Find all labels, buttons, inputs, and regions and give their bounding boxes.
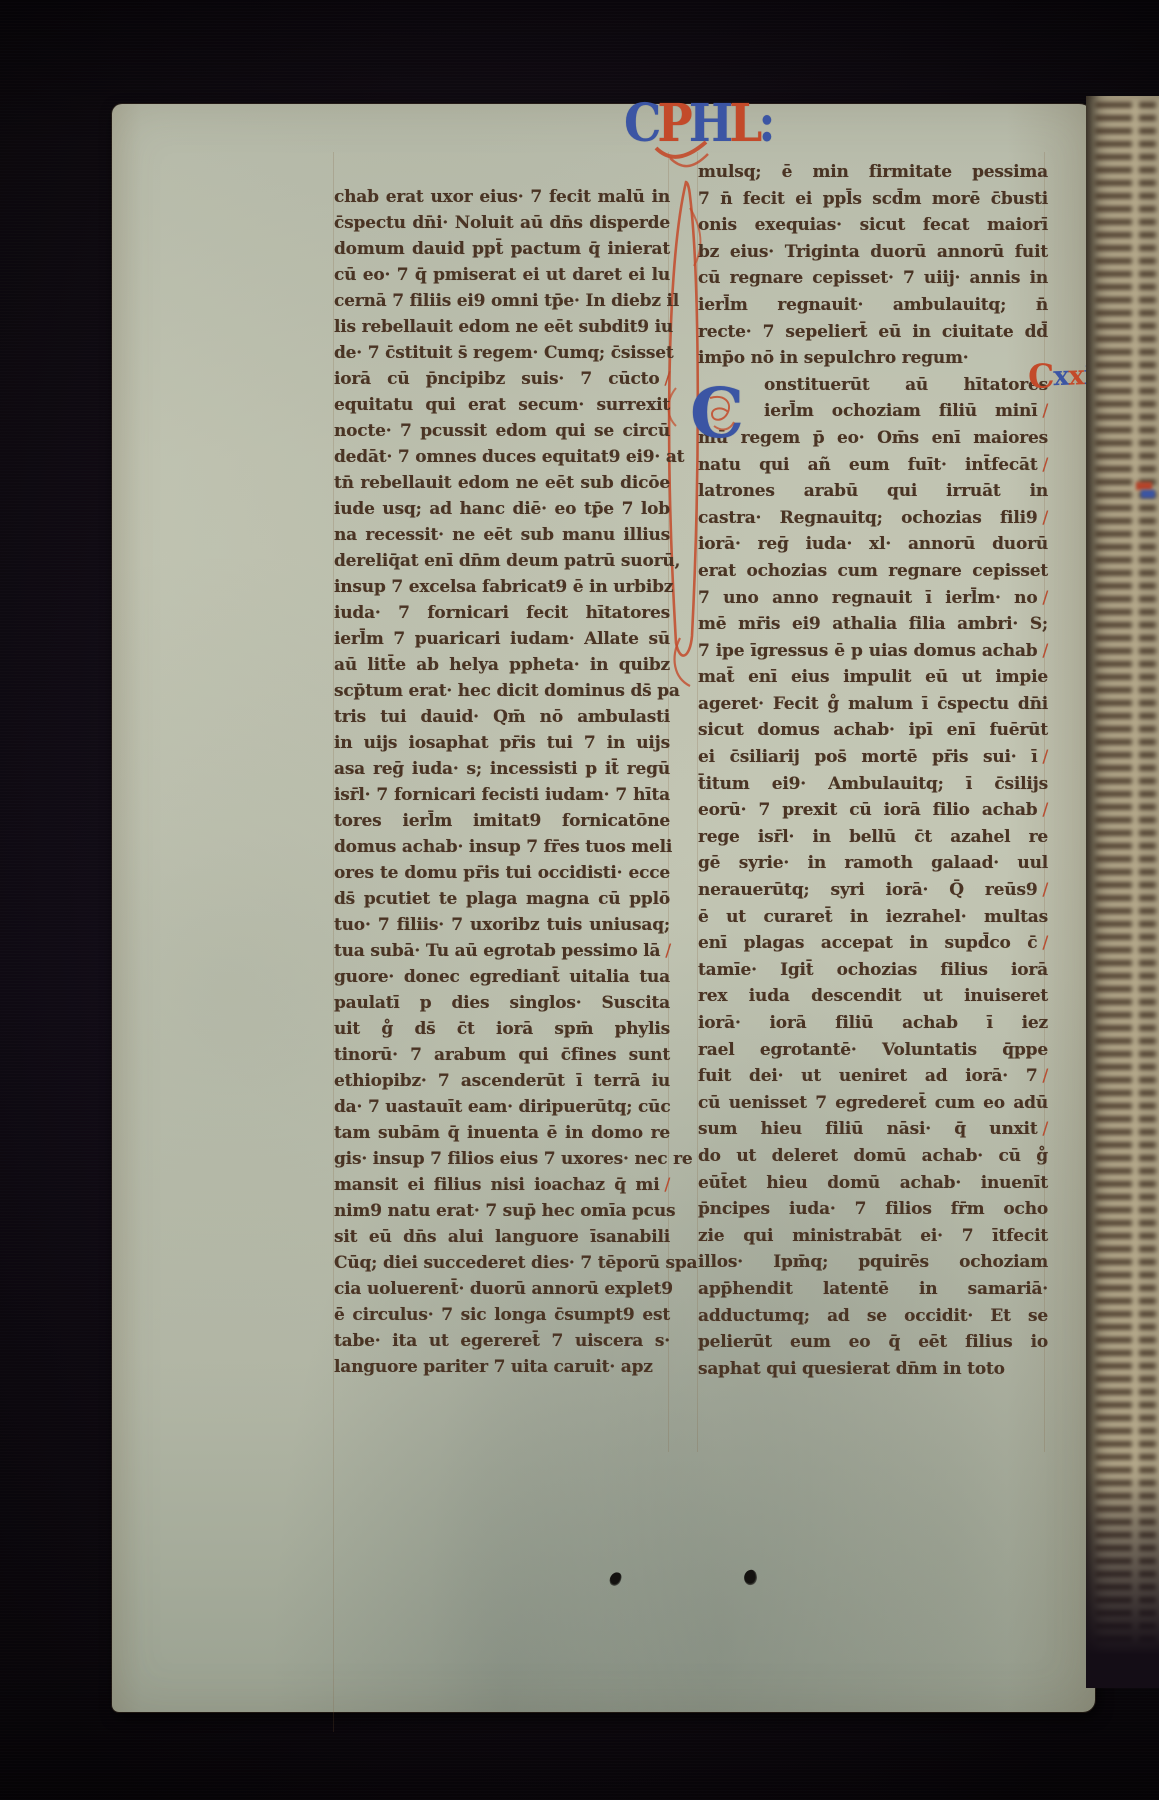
- text-line: sit eū dn̄s alui languore īsanabili: [334, 1224, 670, 1250]
- text-line: gis· insup 7 filios eius 7 uxores· nec r…: [334, 1146, 670, 1172]
- text-line: tamīe· Igit̄ ochozias filius iorā: [698, 957, 1048, 984]
- text-line: recte· 7 sepeliert̄ eū in ciuitate dd̄: [698, 319, 1048, 346]
- text-line: iorā cū p̄ncipibz suis· 7 cūcto: [334, 366, 670, 392]
- text-column-left: chab erat uxor eius· 7 fecit malū inc̄sp…: [334, 184, 670, 1380]
- text-line: nocte· 7 pcussit edom qui se circū: [334, 418, 670, 444]
- text-line: lis rebellauit edom ne eēt subdit9 iu: [334, 314, 670, 340]
- text-line: domus achab· insup 7 fr̄es tuos meli: [334, 834, 670, 860]
- text-line: ethiopibz· 7 ascenderūt ī terrā iu: [334, 1068, 670, 1094]
- text-line: in uijs iosaphat pr̄is tui 7 in uijs: [334, 730, 670, 756]
- text-line: rael egrotantē· Voluntatis q̄ppe: [698, 1037, 1048, 1064]
- text-line: nim9 natu erat· 7 sup̄ hec omīa pcus: [334, 1198, 670, 1224]
- text-line: 7 uno anno regnauit ī ierl̄m· no: [698, 585, 1048, 612]
- text-line: natu qui añ eum fuīt· int̄fecāt: [698, 452, 1048, 479]
- text-line: tam subām q̄ inuenta ē in domo re: [334, 1120, 670, 1146]
- chapter-number-letter: x: [1068, 360, 1084, 392]
- text-line: erat ochozias cum regnare cepisset: [698, 558, 1048, 585]
- text-line: pelierūt eum eo q̄ eēt filius io: [698, 1329, 1048, 1356]
- text-line: nerauerūtq; syri iorā· Q̄ reūs9: [698, 877, 1048, 904]
- text-line: cū regnare cepisset· 7 uiij· annis in: [698, 265, 1048, 292]
- text-line: c̄spectu dn̄i· Noluit aū dn̄s disperde: [334, 210, 670, 236]
- text-line: guore· donec egrediant̄ uitalia tua: [334, 964, 670, 990]
- text-line: tabe· ita ut egereret̄ 7 uiscera s·: [334, 1328, 670, 1354]
- text-line: tn̄ rebellauit edom ne eēt sub dicōe: [334, 470, 670, 496]
- ink-spot: [743, 1569, 759, 1586]
- text-line: scp̄tum erat· hec dicit dominus ds̄ pa: [334, 678, 670, 704]
- text-line: sicut domus achab· ipī enī fuērūt: [698, 717, 1048, 744]
- text-line: uit g̊ ds̄ c̄t iorā spm̄ phylis: [334, 1016, 670, 1042]
- text-line: t̄itum ei9· Ambulauitq; ī c̄silijs: [698, 771, 1048, 798]
- text-line: enī plagas accepat in supd̄co c̄: [698, 930, 1048, 957]
- text-line: ierl̄m 7 puaricari iudam· Allate sū: [334, 626, 670, 652]
- chapter-number-letter: x: [1053, 361, 1069, 393]
- text-line: ores te domu pr̄is tui occidisti· ecce: [334, 860, 670, 886]
- text-line: languore pariter 7 uita caruit· apz: [334, 1354, 670, 1380]
- text-line: ē circulus· 7 sic longa c̄sumpt9 est: [334, 1302, 670, 1328]
- photograph-background: CPHL: chab erat uxor eius· 7 fecit malū …: [0, 0, 1159, 1800]
- text-line: paulatī p dies singlos· Suscita: [334, 990, 670, 1016]
- text-line: cia uoluerent̄· duorū annorū explet9: [334, 1276, 670, 1302]
- text-line: iorā· reḡ iuda· xl· annorū duorū: [698, 531, 1048, 558]
- text-line: ds̄ pcutiet te plaga magna cū pplō: [334, 886, 670, 912]
- facing-page-text-blur: [1139, 102, 1156, 1648]
- text-line: da· 7 uastauīt eam· diripuerūtq; cūc: [334, 1094, 670, 1120]
- ink-spot: [608, 1571, 623, 1588]
- text-line: domum dauid ppt̄ pactum q̄ inierat: [334, 236, 670, 262]
- text-line: mat̄ enī eius impulit eū ut impie: [698, 664, 1048, 691]
- text-line: tua subā· Tu aū egrotab pessimo lā: [334, 938, 670, 964]
- facing-page-text-blur: [1095, 102, 1132, 1648]
- text-line: latrones arabū qui irruāt in: [698, 478, 1048, 505]
- text-line: app̄hendit latentē in samariā·: [698, 1276, 1048, 1303]
- text-line: de· 7 c̄stituit s̄ regem· Cumq; c̄sisset: [334, 340, 670, 366]
- text-line: adductumq; ad se occidit· Et se: [698, 1303, 1048, 1330]
- text-line: saphat qui quesierat dn̄m in toto: [698, 1356, 1048, 1383]
- running-title-letter: :: [758, 93, 771, 155]
- text-line: gē syrie· in ramoth galaad· uul: [698, 850, 1048, 877]
- text-line: ei c̄siliarij pos̄ mortē pr̄is sui· ī: [698, 744, 1048, 771]
- illuminated-initial: C: [690, 382, 756, 452]
- text-line: rex iuda descendit ut inuiseret: [698, 983, 1048, 1010]
- text-line: ē ut curaret̄ in iezrahel· multas: [698, 904, 1048, 931]
- text-line: tris tui dauid· Qm̄ nō ambulasti: [334, 704, 670, 730]
- chapter-number: Cxxi: [1027, 353, 1093, 394]
- text-line: mulsq; ē min firmitate pessima: [698, 159, 1048, 186]
- text-line: dereliq̄at enī dn̄m deum patrū suorū,: [334, 548, 670, 574]
- text-line: asa reḡ iuda· s; incessisti p it̄ regū: [334, 756, 670, 782]
- text-line: mansit ei filius nisi ioachaz q̄ mi: [334, 1172, 670, 1198]
- text-line: na recessit· ne eēt sub manu illius: [334, 522, 670, 548]
- text-line: tuo· 7 filiis· 7 uxoribz tuis uniusaq;: [334, 912, 670, 938]
- chapter-number-letter: C: [1027, 356, 1054, 396]
- text-line: mē mr̄is ei9 athalia filia ambri· S;: [698, 611, 1048, 638]
- text-line: cernā 7 filiis ei9 omni tp̄e· In diebz i…: [334, 288, 670, 314]
- facing-page-rubric-mark: [1136, 482, 1152, 490]
- text-line: iude usq; ad hanc diē· eo tp̄e 7 lob: [334, 496, 670, 522]
- text-line: iuda· 7 fornicari fecit hītatores: [334, 600, 670, 626]
- text-line: imp̄o nō in sepulchro regum·: [698, 345, 1048, 372]
- text-line: eūt̄et hieu domū achab· inuenīt: [698, 1170, 1048, 1197]
- manuscript-page: CPHL: chab erat uxor eius· 7 fecit malū …: [112, 104, 1095, 1712]
- text-line: bz eius· Triginta duorū annorū fuit: [698, 239, 1048, 266]
- text-line: 7 ipe īgressus ē p uias domus achab: [698, 638, 1048, 665]
- text-line: ierl̄m regnauit· ambulauitq; n̄: [698, 292, 1048, 319]
- text-line: sum hieu filiū nāsi· q̄ unxit: [698, 1116, 1048, 1143]
- text-line: insup 7 excelsa fabricat9 ē in urbibz: [334, 574, 670, 600]
- text-line: iorā· iorā filiū achab ī iez: [698, 1010, 1048, 1037]
- text-line: eorū· 7 prexit cū iorā filio achab: [698, 797, 1048, 824]
- text-line: ageret· Fecit g̊ malum ī c̄spectu dn̄i: [698, 691, 1048, 718]
- text-line: isr̄l· 7 fornicari fecisti iudam· 7 hīta: [334, 782, 670, 808]
- text-line: tores ierl̄m imitat9 fornicatōne: [334, 808, 670, 834]
- text-line: fuit dei· ut ueniret ad iorā· 7: [698, 1063, 1048, 1090]
- text-line: chab erat uxor eius· 7 fecit malū in: [334, 184, 670, 210]
- text-line: zie qui ministrabāt ei· 7 ītfecit: [698, 1223, 1048, 1250]
- text-line: cū uenisset 7 egrederet̄ cum eo adū: [698, 1090, 1048, 1117]
- text-line: dedāt· 7 omnes duces equitat9 ei9· at: [334, 444, 670, 470]
- text-line: onis exequias· sicut fecat maiorī: [698, 212, 1048, 239]
- text-line: cū eo· 7 q̄ pmiserat ei ut daret ei lu: [334, 262, 670, 288]
- text-line: illos· Ipm̄q; pquirēs ochoziam: [698, 1249, 1048, 1276]
- text-column-right: mulsq; ē min firmitate pessima7 n̄ fecit…: [698, 159, 1048, 1382]
- text-line: aū litt̄e ab helya ppheta· in quibz: [334, 652, 670, 678]
- text-line: castra· Regnauitq; ochozias fili9: [698, 505, 1048, 532]
- text-line: do ut deleret domū achab· cū g̊: [698, 1143, 1048, 1170]
- text-line: tinorū· 7 arabum qui c̄fines sunt: [334, 1042, 670, 1068]
- text-line: Cūq; diei succederet dies· 7 tēporū spa: [334, 1250, 670, 1276]
- facing-page-edge: [1086, 96, 1159, 1688]
- text-line: 7 n̄ fecit ei ppl̄s scd̄m morē c̄busti: [698, 186, 1048, 213]
- running-title-letter: L: [729, 93, 758, 155]
- initial-filigree: [704, 392, 738, 440]
- text-line: rege isr̄l· in bellū c̄t azahel re: [698, 824, 1048, 851]
- facing-page-rubric-mark: [1141, 490, 1155, 498]
- text-line: p̄ncipes iuda· 7 filios fr̄m ocho: [698, 1196, 1048, 1223]
- text-line: equitatu qui erat secum· surrexit: [334, 392, 670, 418]
